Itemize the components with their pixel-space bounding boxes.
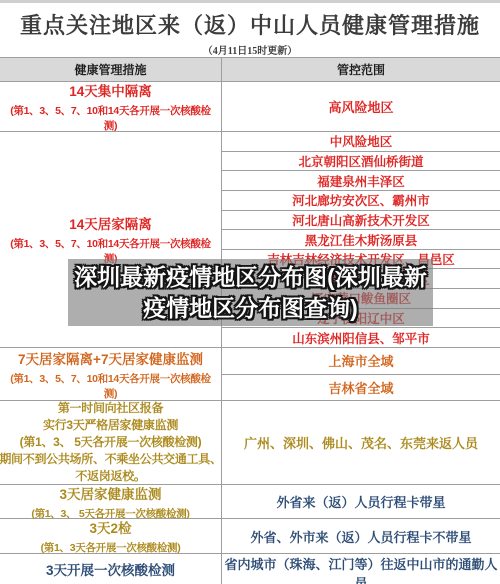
measure-cell: 3天开展一次核酸检测 bbox=[0, 554, 222, 584]
area-cell: 吉林省全域 bbox=[222, 375, 500, 401]
measure-line: 期间不到公共场所、不乘坐公共交通工具、 bbox=[0, 451, 222, 468]
measure-title: 3天开展一次核酸检测 bbox=[46, 559, 175, 579]
measure-title: 14天居家隔离 bbox=[69, 213, 152, 233]
measure-line: (第1、3、 5天各开展一次核酸检测) bbox=[20, 434, 202, 451]
measure-line: 第一时间向社区报备 bbox=[58, 400, 163, 417]
area-cell: 河北唐山高新技术开发区 bbox=[222, 211, 500, 231]
area-cell: 上海市全域 bbox=[222, 348, 500, 375]
area-cell: 河北廊坊安次区、霸州市 bbox=[222, 191, 500, 211]
area-cell: 中风险地区 bbox=[222, 132, 500, 152]
area-cell: 黑龙江佳木斯汤原县 bbox=[222, 230, 500, 250]
area-cell: 北京朝阳区酒仙桥街道 bbox=[222, 152, 500, 172]
table-row: 3天居家健康监测 (第1、3、 5天各开展一次核酸检测) 外省来（返）人员行程卡… bbox=[0, 485, 500, 519]
measure-note: (第1、3天各开展一次核酸检测) bbox=[41, 540, 181, 555]
measure-cell: 3天居家健康监测 (第1、3、 5天各开展一次核酸检测) bbox=[0, 485, 222, 518]
measure-cell: 3天2检 (第1、3天各开展一次核酸检测) bbox=[0, 519, 222, 553]
measure-title: 14天集中隔离 bbox=[69, 80, 152, 100]
area-cell: 外省、外市来（返）人员行程卡不带星 bbox=[222, 519, 500, 553]
area-list: 外省来（返）人员行程卡带星 bbox=[222, 485, 500, 518]
table-row: 14天集中隔离 (第1、3、5、7、10和14天各开展一次核酸检测) 高风险地区 bbox=[0, 82, 500, 132]
measure-cell: 7天居家隔离+7天居家健康监测 (第1、3、5、7、10和14天各开展一次核酸检… bbox=[0, 348, 222, 400]
area-cell: 福建泉州丰泽区 bbox=[222, 171, 500, 191]
area-cell: 外省来（返）人员行程卡带星 bbox=[222, 485, 500, 518]
area-list: 上海市全域 吉林省全域 bbox=[222, 348, 500, 400]
area-list: 外省、外市来（返）人员行程卡不带星 bbox=[222, 519, 500, 553]
area-cell: 山东滨州阳信县、邹平市 bbox=[222, 328, 500, 347]
area-cell: 广州、深圳、佛山、茂名、东莞来返人员 bbox=[222, 401, 500, 484]
measure-title: 3天2检 bbox=[89, 517, 131, 537]
measure-cell: 14天集中隔离 (第1、3、5、7、10和14天各开展一次核酸检测) bbox=[0, 82, 222, 131]
area-list: 高风险地区 bbox=[222, 82, 500, 131]
measure-note: (第1、3、5、7、10和14天各开展一次核酸检测) bbox=[4, 103, 217, 133]
measure-cell: 第一时间向社区报备 实行3天严格居家健康监测 (第1、3、 5天各开展一次核酸检… bbox=[0, 401, 222, 484]
area-list: 省内城市（珠海、江门等）往返中山市的通勤人员 bbox=[222, 554, 500, 584]
measure-title: 3天居家健康监测 bbox=[59, 483, 161, 503]
header-measure-column: 健康管理措施 bbox=[0, 58, 222, 81]
header-scope-column: 管控范围 bbox=[222, 58, 500, 81]
table-row: 7天居家隔离+7天居家健康监测 (第1、3、5、7、10和14天各开展一次核酸检… bbox=[0, 348, 500, 401]
table-row: 3天开展一次核酸检测 省内城市（珠海、江门等）往返中山市的通勤人员 bbox=[0, 554, 500, 584]
watermark-text-line1: 深圳最新疫情地区分布图(深圳最新 bbox=[74, 262, 427, 293]
table-row: 3天2检 (第1、3天各开展一次核酸检测) 外省、外市来（返）人员行程卡不带星 bbox=[0, 519, 500, 554]
measure-note: (第1、3、5、7、10和14天各开展一次核酸检测) bbox=[4, 371, 217, 401]
area-list: 广州、深圳、佛山、茂名、东莞来返人员 bbox=[222, 401, 500, 484]
watermark-overlay: 深圳最新疫情地区分布图(深圳最新 疫情地区分布图查询) bbox=[68, 259, 433, 326]
area-cell: 省内城市（珠海、江门等）往返中山市的通勤人员 bbox=[222, 554, 500, 584]
watermark-text-line2: 疫情地区分布图查询) bbox=[143, 293, 358, 324]
notice-page: 重点关注地区来（返）中山人员健康管理措施 （4月11日15时更新） 健康管理措施… bbox=[0, 0, 500, 584]
page-title: 重点关注地区来（返）中山人员健康管理措施 bbox=[0, 9, 500, 40]
measure-title: 7天居家隔离+7天居家健康监测 bbox=[18, 348, 203, 368]
update-timestamp: （4月11日15时更新） bbox=[0, 42, 500, 57]
measure-line: 实行3天严格居家健康监测 bbox=[43, 417, 178, 434]
table-row: 第一时间向社区报备 实行3天严格居家健康监测 (第1、3、 5天各开展一次核酸检… bbox=[0, 401, 500, 485]
area-cell: 高风险地区 bbox=[222, 82, 500, 131]
table-header-row: 健康管理措施 管控范围 bbox=[0, 58, 500, 82]
title-block: 重点关注地区来（返）中山人员健康管理措施 （4月11日15时更新） bbox=[0, 3, 500, 57]
